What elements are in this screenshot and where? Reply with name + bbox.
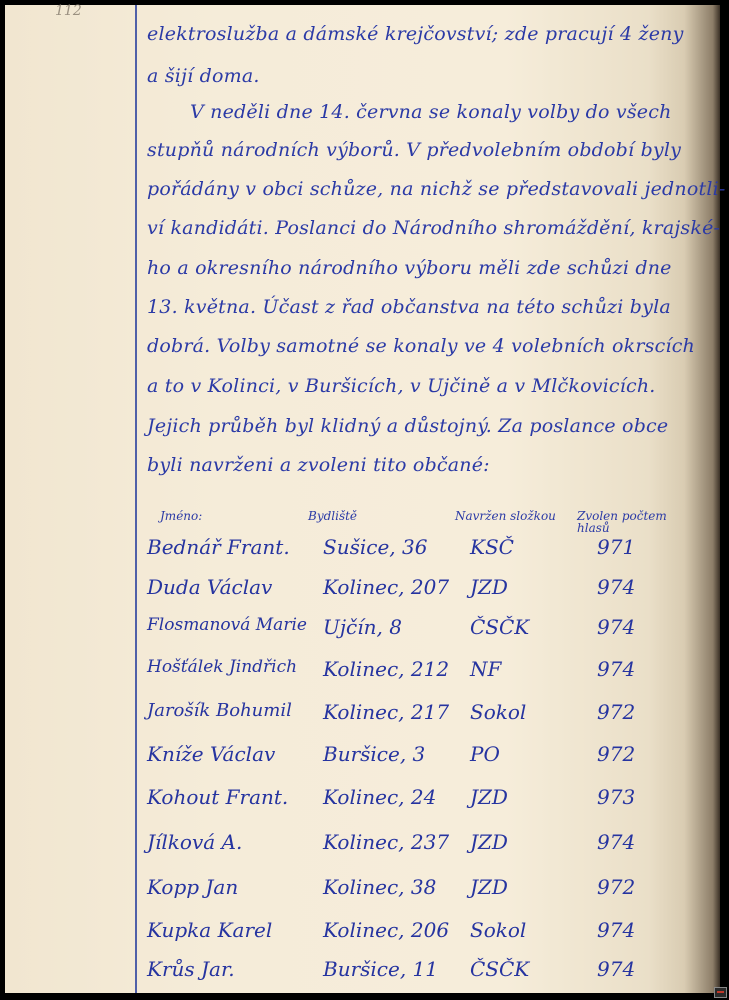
table-row: Jílková A. Kolinec, 237 JZD 974 — [5, 830, 720, 870]
cell-address: Ujčín, 8 — [323, 615, 402, 639]
paragraph-line: a to v Kolinci, v Buršicích, v Ujčině a … — [147, 375, 656, 397]
table-row: Kupka Karel Kolinec, 206 Sokol 974 — [5, 918, 720, 958]
table-row: Duda Václav Kolinec, 207 JZD 974 — [5, 575, 720, 615]
cell-address: Kolinec, 24 — [323, 785, 436, 809]
cell-name: Krůs Jar. — [147, 957, 235, 981]
table-row: Bednář Frant. Sušice, 36 KSČ 971 — [5, 535, 720, 575]
minimize-icon[interactable] — [714, 987, 727, 998]
cell-name: Kníže Václav — [147, 742, 275, 766]
paragraph-line: byli navrženi a zvoleni tito občané: — [147, 454, 490, 476]
header-votes: Zvolen počtem hlasů — [577, 510, 697, 534]
cell-address: Kolinec, 38 — [323, 875, 436, 899]
table-row: Jarošík Bohumil Kolinec, 217 Sokol 972 — [5, 700, 720, 740]
paragraph-line: Jejich průběh byl klidný a důstojný. Za … — [147, 415, 668, 437]
header-name: Jméno: — [160, 510, 202, 522]
paragraph-line: ho a okresního národního výboru měli zde… — [147, 257, 672, 279]
cell-name: Duda Václav — [147, 575, 272, 599]
cell-votes: 971 — [597, 535, 635, 559]
paragraph-line: elektroslužba a dámské krejčovství; zde … — [147, 23, 684, 45]
cell-name: Hošťálek Jindřich — [147, 657, 297, 677]
cell-votes: 974 — [597, 657, 635, 681]
header-address: Bydliště — [308, 510, 357, 522]
cell-nominated-by: JZD — [470, 875, 508, 899]
cell-votes: 974 — [597, 575, 635, 599]
cell-name: Jílková A. — [147, 830, 242, 854]
cell-nominated-by: ČSČK — [470, 957, 529, 981]
cell-address: Kolinec, 217 — [323, 700, 449, 724]
cell-address: Sušice, 36 — [323, 535, 427, 559]
paragraph-line: stupňů národních výborů. V předvolebním … — [147, 139, 681, 161]
cell-votes: 972 — [597, 875, 635, 899]
cell-votes: 974 — [597, 918, 635, 942]
cell-name: Kohout Frant. — [147, 785, 288, 809]
table-row: Krůs Jar. Buršice, 11 ČSČK 974 — [5, 957, 720, 997]
document-page: 112 elektroslužba a dámské krejčovství; … — [5, 5, 720, 993]
page-number: 112 — [55, 3, 82, 19]
table-row: Flosmanová Marie Ujčín, 8 ČSČK 974 — [5, 615, 720, 655]
table-row: Kníže Václav Buršice, 3 PO 972 — [5, 742, 720, 782]
paragraph-line: dobrá. Volby samotné se konaly ve 4 vole… — [147, 335, 695, 357]
cell-address: Kolinec, 207 — [323, 575, 449, 599]
cell-votes: 972 — [597, 700, 635, 724]
header-nominated-by: Navržen složkou — [455, 510, 556, 522]
paragraph-line: 13. května. Účast z řad občanstva na tét… — [147, 296, 671, 318]
paragraph-line: V neděli dne 14. června se konaly volby … — [190, 101, 672, 123]
table-row: Kopp Jan Kolinec, 38 JZD 972 — [5, 875, 720, 915]
cell-nominated-by: JZD — [470, 785, 508, 809]
cell-address: Kolinec, 206 — [323, 918, 449, 942]
cell-name: Kupka Karel — [147, 918, 272, 942]
table-row: Hošťálek Jindřich Kolinec, 212 NF 974 — [5, 657, 720, 697]
cell-votes: 974 — [597, 830, 635, 854]
cell-address: Buršice, 11 — [323, 957, 438, 981]
cell-nominated-by: Sokol — [470, 918, 526, 942]
cell-name: Jarošík Bohumil — [147, 700, 292, 721]
cell-address: Kolinec, 212 — [323, 657, 449, 681]
cell-name: Bednář Frant. — [147, 535, 290, 559]
cell-votes: 972 — [597, 742, 635, 766]
cell-votes: 974 — [597, 615, 635, 639]
paragraph-line: pořádány v obci schůze, na nichž se před… — [147, 178, 726, 200]
paragraph-line: ví kandidáti. Poslanci do Národního shro… — [147, 217, 720, 239]
cell-nominated-by: PO — [470, 742, 500, 766]
cell-nominated-by: NF — [470, 657, 501, 681]
table-row: Kohout Frant. Kolinec, 24 JZD 973 — [5, 785, 720, 825]
cell-nominated-by: KSČ — [470, 535, 514, 559]
paragraph-line: a šijí doma. — [147, 65, 260, 87]
cell-nominated-by: JZD — [470, 575, 508, 599]
cell-nominated-by: ČSČK — [470, 615, 529, 639]
cell-votes: 974 — [597, 957, 635, 981]
cell-nominated-by: JZD — [470, 830, 508, 854]
cell-name: Kopp Jan — [147, 875, 238, 899]
cell-votes: 973 — [597, 785, 635, 809]
cell-address: Buršice, 3 — [323, 742, 425, 766]
cell-address: Kolinec, 237 — [323, 830, 449, 854]
cell-nominated-by: Sokol — [470, 700, 526, 724]
cell-name: Flosmanová Marie — [147, 615, 307, 635]
